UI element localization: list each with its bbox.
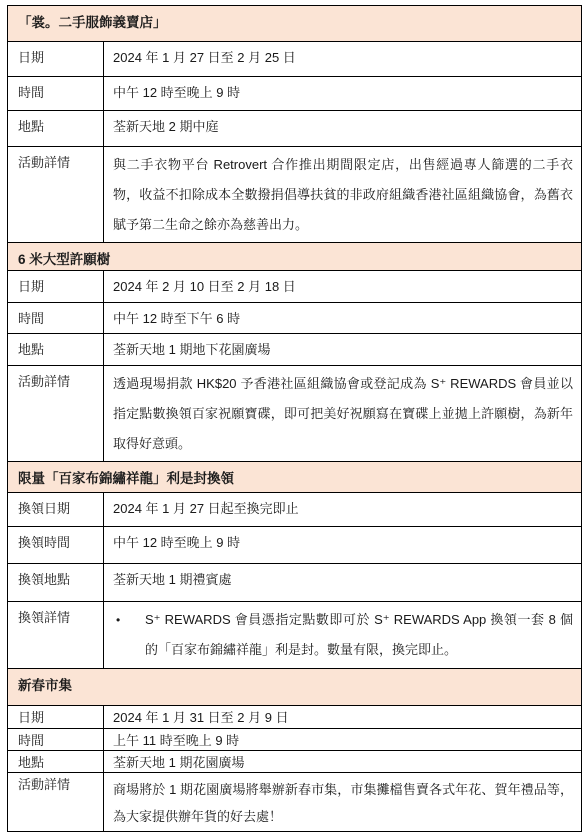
field-value: 商場將於 1 期花園廣場將舉辦新春市集，市集攤檔售賣各式年花、賀年禮品等，為大家… [104,773,582,832]
section-title: 新春市集 [8,669,582,706]
field-value: 荃新天地 1 期地下花園廣場 [104,334,582,366]
field-label: 地點 [8,334,104,366]
field-label: 活動詳情 [8,147,104,243]
section-title: 限量「百家布錦繡祥龍」利是封換領 [8,462,582,493]
field-label: 換領詳情 [8,602,104,669]
event-details-table: 「裳。二手服飾義賣店」日期2024 年 1 月 27 日至 2 月 25 日時間… [7,5,582,832]
field-label: 活動詳情 [8,773,104,832]
field-label: 換領時間 [8,527,104,564]
field-label: 換領地點 [8,564,104,602]
field-label: 時間 [8,77,104,111]
field-value: 與二手衣物平台 Retrovert 合作推出期間限定店，出售經過專人篩選的二手衣… [104,147,582,243]
detail-text: S⁺ REWARDS 會員憑指定點數即可於 S⁺ REWARDS App 換領一… [145,605,573,665]
field-value: 中午 12 時至下午 6 時 [104,303,582,334]
field-value: 透過現場捐款 HK$20 予香港社區組織協會或登記成為 S⁺ REWARDS 會… [104,366,582,462]
field-label: 地點 [8,751,104,773]
field-label: 日期 [8,271,104,303]
bullet-icon: • [113,605,145,665]
section-title: 6 米大型許願樹 [8,243,582,271]
field-value: 中午 12 時至晚上 9 時 [104,527,582,564]
bulleted-item: •S⁺ REWARDS 會員憑指定點數即可於 S⁺ REWARDS App 換領… [113,605,573,665]
field-label: 時間 [8,303,104,334]
field-value: 2024 年 1 月 27 日起至換完即止 [104,493,582,527]
section-title: 「裳。二手服飾義賣店」 [8,6,582,42]
field-value: 中午 12 時至晚上 9 時 [104,77,582,111]
field-value: 2024 年 1 月 31 日至 2 月 9 日 [104,706,582,729]
field-value: 2024 年 2 月 10 日至 2 月 18 日 [104,271,582,303]
field-label: 日期 [8,706,104,729]
field-label: 日期 [8,42,104,77]
field-value: •S⁺ REWARDS 會員憑指定點數即可於 S⁺ REWARDS App 換領… [104,602,582,669]
field-label: 地點 [8,111,104,147]
field-label: 活動詳情 [8,366,104,462]
field-label: 時間 [8,729,104,751]
field-value: 2024 年 1 月 27 日至 2 月 25 日 [104,42,582,77]
field-value: 上午 11 時至晚上 9 時 [104,729,582,751]
document-page: 「裳。二手服飾義賣店」日期2024 年 1 月 27 日至 2 月 25 日時間… [0,0,587,832]
field-value: 荃新天地 1 期花園廣場 [104,751,582,773]
field-value: 荃新天地 2 期中庭 [104,111,582,147]
field-value: 荃新天地 1 期禮賓處 [104,564,582,602]
field-label: 換領日期 [8,493,104,527]
